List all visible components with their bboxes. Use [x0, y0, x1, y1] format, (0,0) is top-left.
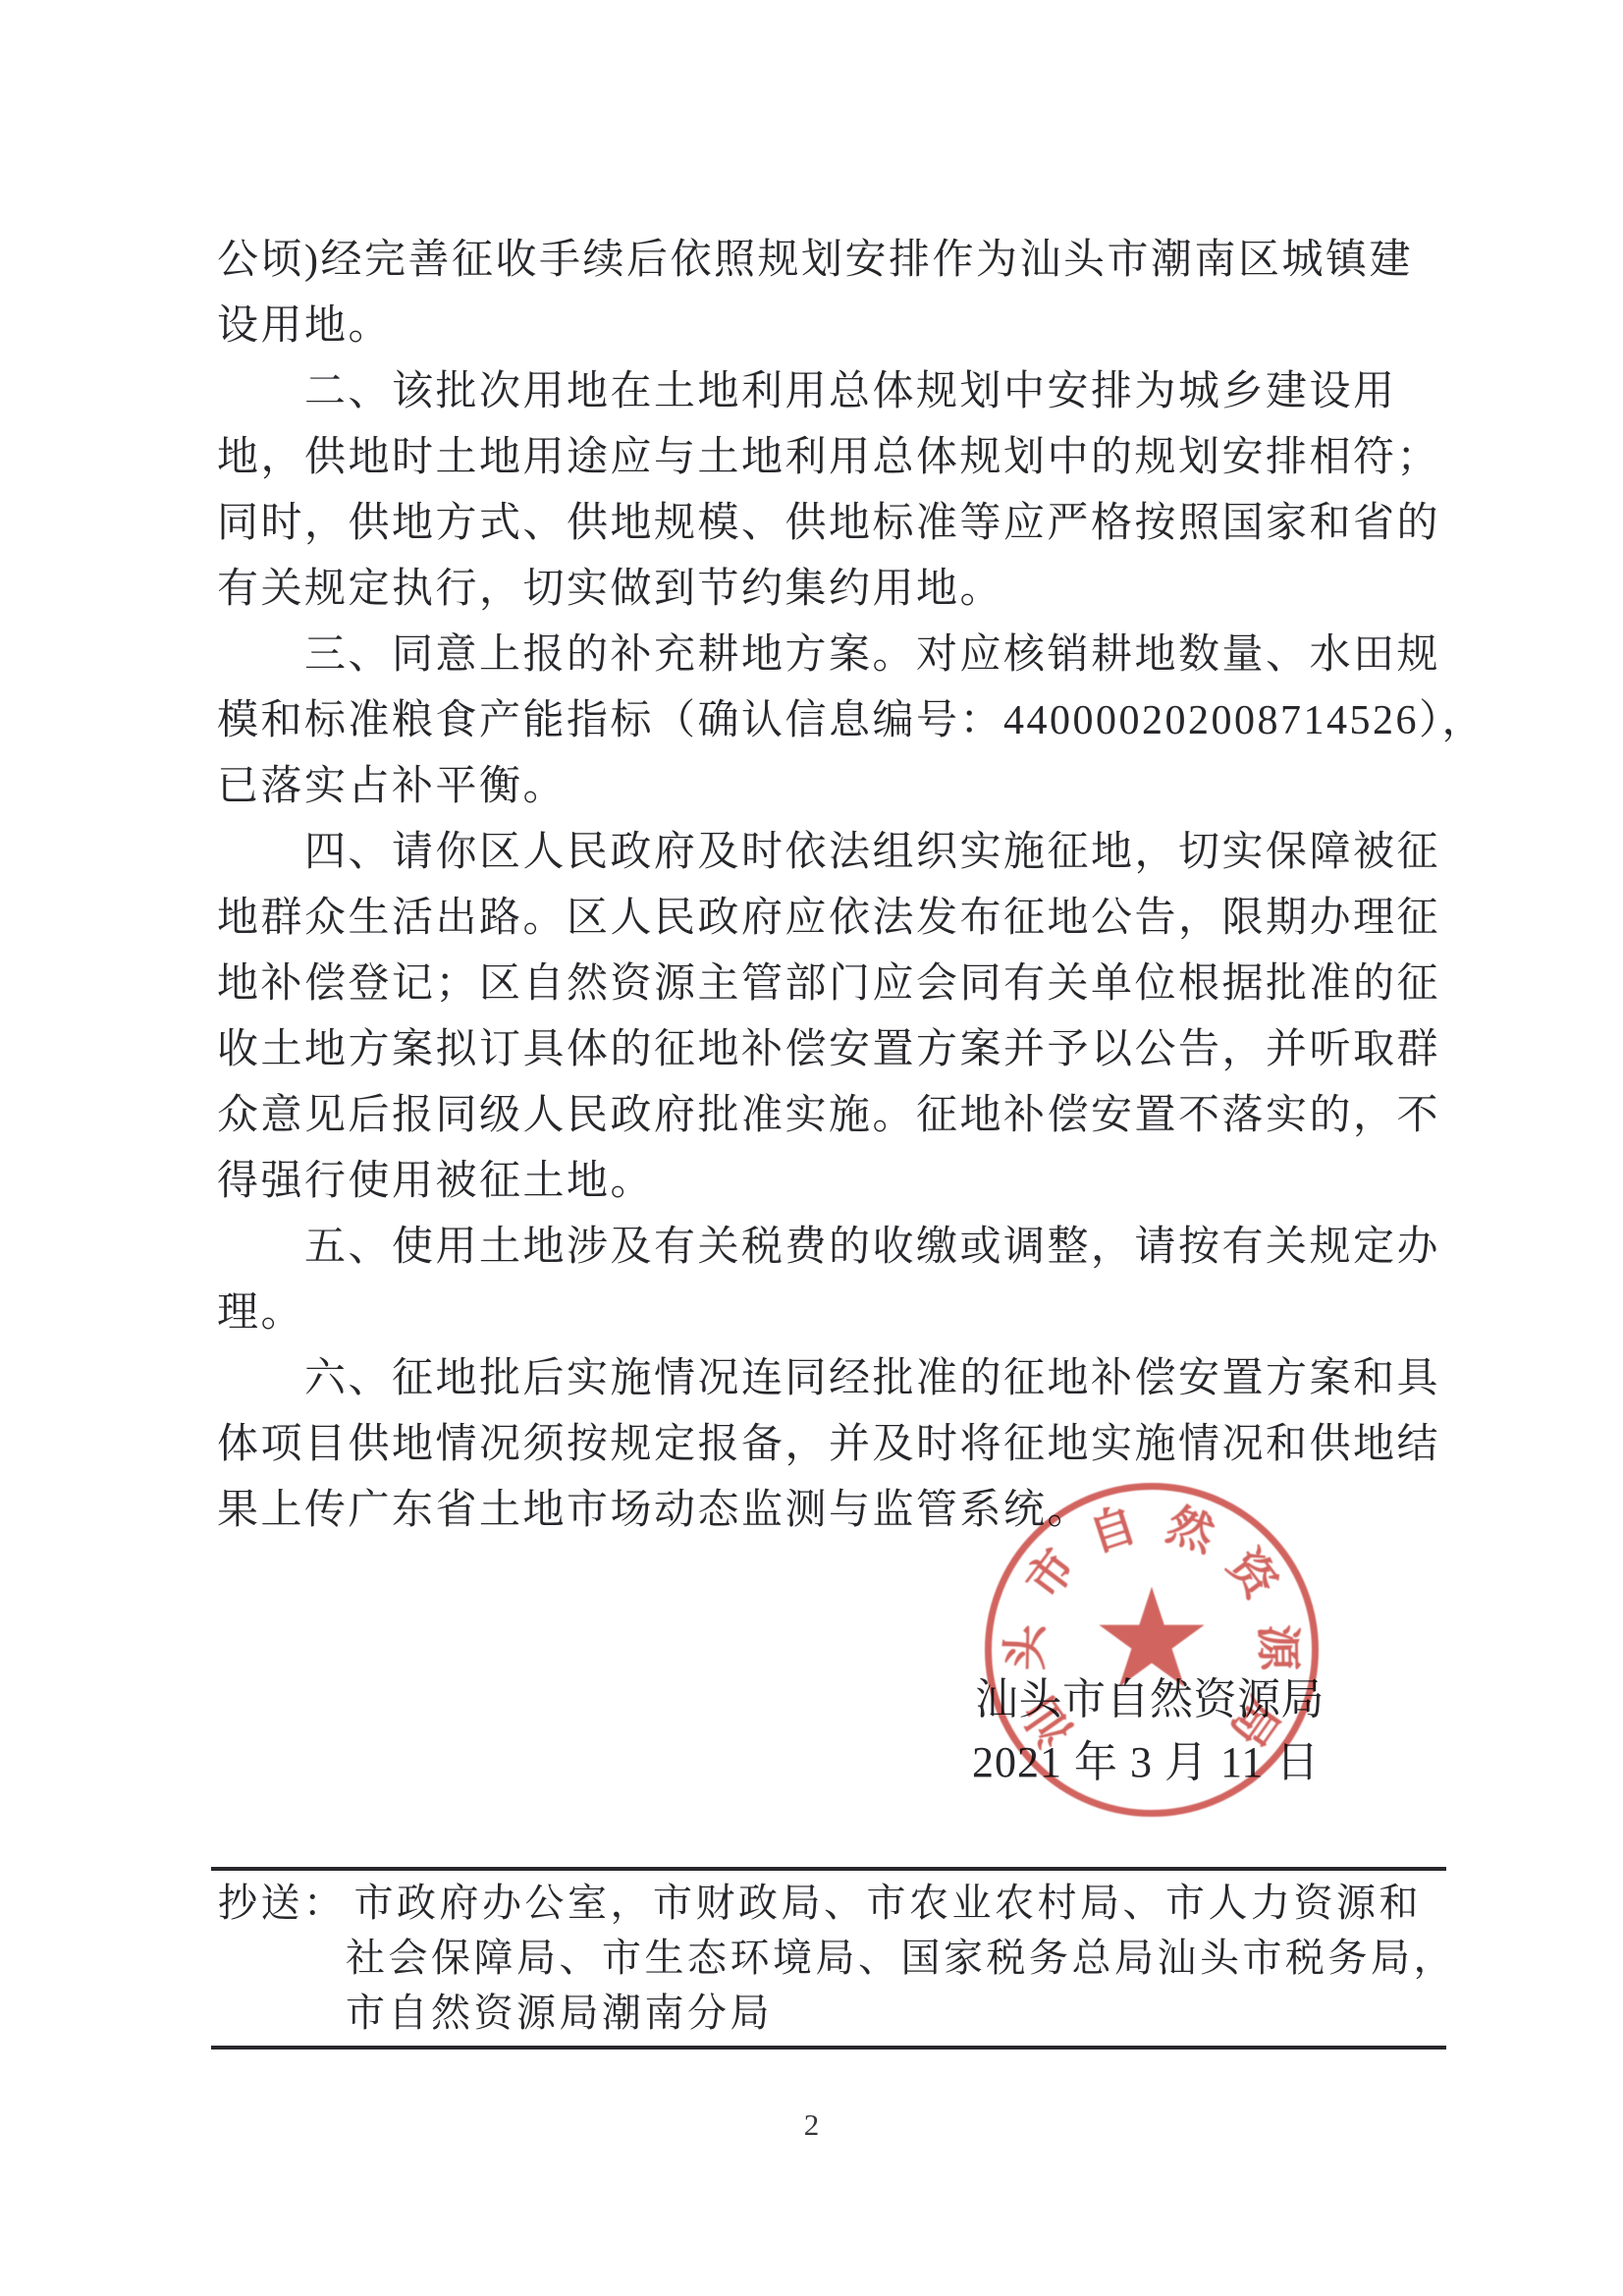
doc-line-11: 地群众生活出路。区人民政府应依法发布征地公告，限期办理征 [217, 886, 1444, 952]
doc-line-4: 地，供地时土地用途应与土地利用总体规划中的规划安排相符； [217, 425, 1444, 491]
doc-line-19: 体项目供地情况须按规定报备，并及时将征地实施情况和供地结 [217, 1412, 1444, 1478]
cc-bottom-rule [211, 2046, 1446, 2050]
doc-line-12: 地补偿登记；区自然资源主管部门应会同有关单位根据批准的征 [217, 952, 1444, 1017]
cc-line-3: 市自然资源局潮南分局 [346, 1991, 773, 2036]
cc-line-1: 抄送：市政府办公室，市财政局、市农业农村局、市人力资源和 [218, 1881, 1422, 1926]
page-number: 2 [0, 2107, 1623, 2143]
seal-arc-char: 源 [1253, 1624, 1300, 1671]
doc-line-9: 已落实占补平衡。 [217, 754, 1444, 820]
doc-line-13: 收土地方案拟订具体的征地补偿安置方案并予以公告，并听取群 [217, 1017, 1444, 1083]
doc-line-7: 三、同意上报的补充耕地方案。对应核销耕地数量、水田规 [217, 623, 1444, 688]
cc-top-rule [211, 1867, 1446, 1871]
doc-line-15: 得强行使用被征土地。 [217, 1149, 1444, 1215]
doc-line-1: 公顷)经完善征收手续后依照规划安排作为汕头市潮南区城镇建 [217, 228, 1444, 294]
doc-line-16: 五、使用土地涉及有关税费的收缴或调整，请按有关规定办 [217, 1215, 1444, 1281]
doc-line-17: 理。 [217, 1281, 1444, 1346]
doc-line-5: 同时，供地方式、供地规模、供地标准等应严格按照国家和省的 [217, 491, 1444, 557]
seal-star-icon: ★ [1090, 1571, 1214, 1709]
doc-line-3: 二、该批次用地在土地利用总体规划中安排为城乡建设用 [217, 359, 1444, 425]
official-seal: ★ 汕 头 市 自 然 资 源 局 [985, 1483, 1319, 1817]
doc-line-14: 众意见后报同级人民政府批准实施。征地补偿安置不落实的，不 [217, 1083, 1444, 1149]
seal-arc-char: 头 [1003, 1624, 1051, 1671]
doc-line-8: 模和标准粮食产能指标（确认信息编号：440000202008714526）， [217, 688, 1444, 754]
document-page: 公顷)经完善征收手续后依照规划安排作为汕头市潮南区城镇建 设用地。 二、该批次用… [0, 0, 1623, 2296]
doc-line-18: 六、征地批后实施情况连同经批准的征地补偿安置方案和具 [217, 1346, 1444, 1412]
body-text: 公顷)经完善征收手续后依照规划安排作为汕头市潮南区城镇建 设用地。 二、该批次用… [217, 228, 1444, 1544]
cc-label: 抄送： [218, 1881, 347, 1925]
doc-line-10: 四、请你区人民政府及时依法组织实施征地，切实保障被征 [217, 820, 1444, 886]
cc-recipients-1: 市政府办公室，市财政局、市农业农村局、市人力资源和 [354, 1881, 1423, 1925]
doc-line-6: 有关规定执行，切实做到节约集约用地。 [217, 557, 1444, 623]
cc-line-2: 社会保障局、市生态环境局、国家税务总局汕头市税务局， [346, 1936, 1456, 1981]
doc-line-2: 设用地。 [217, 294, 1444, 359]
